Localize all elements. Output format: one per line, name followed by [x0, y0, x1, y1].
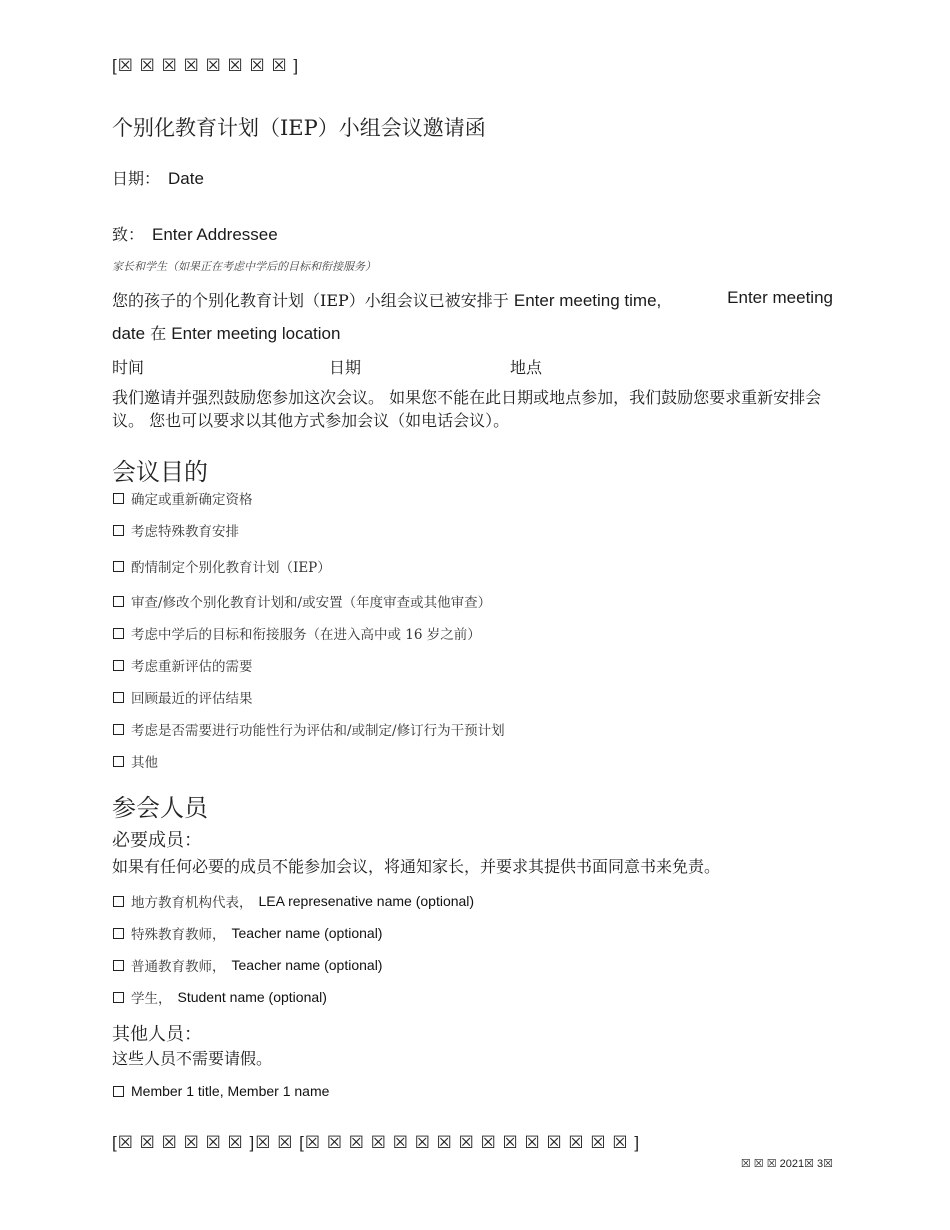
purpose-item-label: 回顾最近的评估结果	[131, 687, 253, 707]
addressee-field[interactable]: Enter Addressee	[152, 225, 278, 244]
member-name-field[interactable]: LEA represenative name (optional)	[259, 893, 475, 909]
required-member-item: 地方教育机构代表，LEA represenative name (optiona…	[113, 891, 474, 911]
checkbox[interactable]	[113, 896, 124, 907]
checkbox[interactable]	[113, 692, 124, 703]
time-label: 时间	[112, 355, 144, 378]
purpose-item: 确定或重新确定资格	[113, 488, 253, 508]
required-members-note: 如果有任何必要的成员不能参加会议，将通知家长，并要求其提供书面同意书来免责。	[112, 854, 720, 877]
addressee-line: 致：Enter Addressee	[112, 222, 278, 245]
checkbox[interactable]	[113, 992, 124, 1003]
purpose-item: 考虑重新评估的需要	[113, 655, 253, 675]
attendees-heading: 参会人员	[112, 788, 208, 823]
purpose-item-label: 其他	[131, 751, 158, 771]
purpose-item: 考虑特殊教育安排	[113, 520, 239, 540]
purpose-item-label: 考虑是否需要进行功能性行为评估和/或制定/修订行为干预计划	[131, 719, 505, 739]
meeting-time-field[interactable]: Enter meeting time,	[514, 291, 661, 310]
other-members-heading: 其他人员：	[112, 1020, 202, 1046]
revision-date: ☒ ☒ ☒ 2021☒ 3☒	[741, 1157, 833, 1170]
purpose-item: 其他	[113, 751, 158, 771]
purpose-item-label: 考虑中学后的目标和衔接服务（在进入高中或 16 岁之前）	[131, 623, 481, 643]
meeting-date-field-part1[interactable]: Enter meeting	[727, 288, 833, 308]
checkbox[interactable]	[113, 493, 124, 504]
member-role: 学生，	[131, 987, 172, 1007]
checkbox[interactable]	[113, 596, 124, 607]
purpose-item-label: 考虑特殊教育安排	[131, 520, 239, 540]
purpose-item: 回顾最近的评估结果	[113, 687, 253, 707]
member-role: 特殊教育教师，	[131, 923, 226, 943]
other-member-item: Member 1 title, Member 1 name	[113, 1083, 329, 1099]
addressee-label: 致：	[112, 225, 144, 244]
member-name-field[interactable]: Teacher name (optional)	[232, 957, 383, 973]
location-label: 地点	[510, 355, 542, 378]
purpose-item-label: 确定或重新确定资格	[131, 488, 253, 508]
checkbox[interactable]	[113, 724, 124, 735]
schedule-prefix: 您的孩子的个别化教育计划（IEP）小组会议已被安排于	[112, 291, 509, 310]
date-caption: 日期	[329, 355, 361, 378]
member-role: 普通教育教师，	[131, 955, 226, 975]
other-members-note: 这些人员不需要请假。	[112, 1046, 272, 1069]
meeting-date-field-part2[interactable]: date	[112, 324, 145, 343]
date-label: 日期：	[112, 169, 160, 188]
member-name-field[interactable]: Student name (optional)	[178, 989, 327, 1005]
member-role: 地方教育机构代表，	[131, 891, 253, 911]
schedule-at: 在	[150, 324, 166, 343]
date-line: 日期：Date	[112, 166, 204, 189]
document-title: 个别化教育计划（IEP）小组会议邀请函	[112, 112, 486, 142]
checkbox[interactable]	[113, 660, 124, 671]
addressee-note: 家长和学生（如果正在考虑中学后的目标和衔接服务）	[112, 258, 376, 274]
footer-placeholder: [☒ ☒ ☒ ☒ ☒ ☒ ]☒ ☒ [☒ ☒ ☒ ☒ ☒ ☒ ☒ ☒ ☒ ☒ ☒…	[112, 1133, 640, 1153]
date-field[interactable]: Date	[168, 169, 204, 188]
purpose-item: 酌情制定个别化教育计划（IEP）	[113, 556, 331, 576]
required-members-heading: 必要成员：	[112, 826, 202, 852]
schedule-line-2: date 在 Enter meeting location	[112, 321, 340, 344]
checkbox[interactable]	[113, 928, 124, 939]
purpose-item: 考虑中学后的目标和衔接服务（在进入高中或 16 岁之前）	[113, 623, 481, 643]
member-field[interactable]: Member 1 title, Member 1 name	[131, 1083, 329, 1099]
checkbox[interactable]	[113, 960, 124, 971]
purpose-item-label: 考虑重新评估的需要	[131, 655, 253, 675]
meeting-location-field[interactable]: Enter meeting location	[171, 324, 340, 343]
required-member-item: 普通教育教师，Teacher name (optional)	[113, 955, 382, 975]
required-member-item: 学生，Student name (optional)	[113, 987, 327, 1007]
purpose-item-label: 酌情制定个别化教育计划（IEP）	[131, 556, 331, 576]
invitation-paragraph: 我们邀请并强烈鼓励您参加这次会议。 如果您不能在此日期或地点参加，我们鼓励您要求…	[112, 386, 842, 432]
purpose-item: 审查/修改个别化教育计划和/或安置（年度审查或其他审查）	[113, 591, 491, 611]
purpose-item: 考虑是否需要进行功能性行为评估和/或制定/修订行为干预计划	[113, 719, 505, 739]
checkbox[interactable]	[113, 561, 124, 572]
header-placeholder: [☒ ☒ ☒ ☒ ☒ ☒ ☒ ☒ ]	[112, 56, 299, 76]
checkbox[interactable]	[113, 628, 124, 639]
checkbox[interactable]	[113, 525, 124, 536]
checkbox[interactable]	[113, 756, 124, 767]
purpose-heading: 会议目的	[112, 452, 208, 487]
schedule-line-1: 您的孩子的个别化教育计划（IEP）小组会议已被安排于 Enter meeting…	[112, 288, 661, 311]
checkbox[interactable]	[113, 1086, 124, 1097]
required-member-item: 特殊教育教师，Teacher name (optional)	[113, 923, 382, 943]
purpose-item-label: 审查/修改个别化教育计划和/或安置（年度审查或其他审查）	[131, 591, 491, 611]
member-name-field[interactable]: Teacher name (optional)	[232, 925, 383, 941]
